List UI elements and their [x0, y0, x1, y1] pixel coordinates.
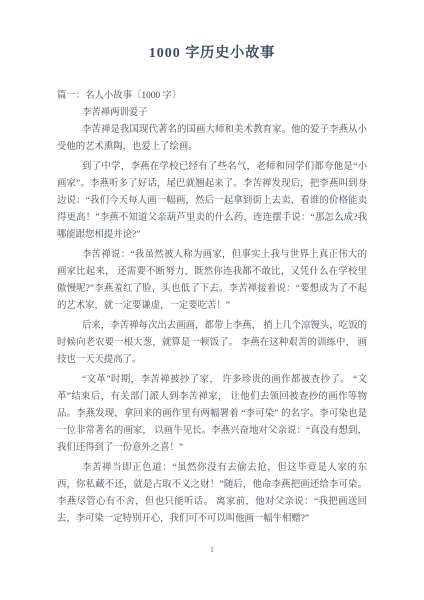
paragraphs: 李苦禅是我国现代著名的国画大师和美术教育家。他的爱子李燕从小受他的艺术熏陶，也爱…	[57, 122, 367, 528]
page-number: 1	[0, 544, 424, 554]
paragraph: 李苦禅是我国现代著名的国画大师和美术教育家。他的爱子李燕从小受他的艺术熏陶，也爱…	[57, 122, 367, 156]
paragraph: 李苦禅说：“我虽然被人称为画家，但事实上我与世界上真正伟大的画家比起来， 还需要…	[57, 247, 367, 315]
paragraph: “文革”时期，李苦禅被抄了家， 许多珍贵的画作都被查抄了。 “文革”结束后，有关…	[57, 372, 367, 457]
document-body: 篇一：名人小故事〔1000 字〕 李苦禅两训爱子 李苦禅是我国现代著名的国画大师…	[57, 88, 367, 528]
document-title: 1000 字历史小故事	[0, 0, 424, 62]
paragraph: 后来，李苦禅每次出去画画，都带上李燕， 捎上几个凉馒头，吃饭的时候向老农要一根大…	[57, 318, 367, 369]
paragraph: 到了中学，李燕在学校已经有了些名气，老师和同学们都夸他是“小画家”。李燕听多了好…	[57, 159, 367, 244]
section-heading: 篇一：名人小故事〔1000 字〕	[57, 88, 367, 105]
story-title: 李苦禅两训爱子	[57, 105, 367, 122]
paragraph: 李苦禅当即正色道：“虽然你没有去偷去抢，但这毕竟是人家的东西，你私藏不还，就是占…	[57, 460, 367, 528]
document-page: 1000 字历史小故事 篇一：名人小故事〔1000 字〕 李苦禅两训爱子 李苦禅…	[0, 0, 424, 600]
